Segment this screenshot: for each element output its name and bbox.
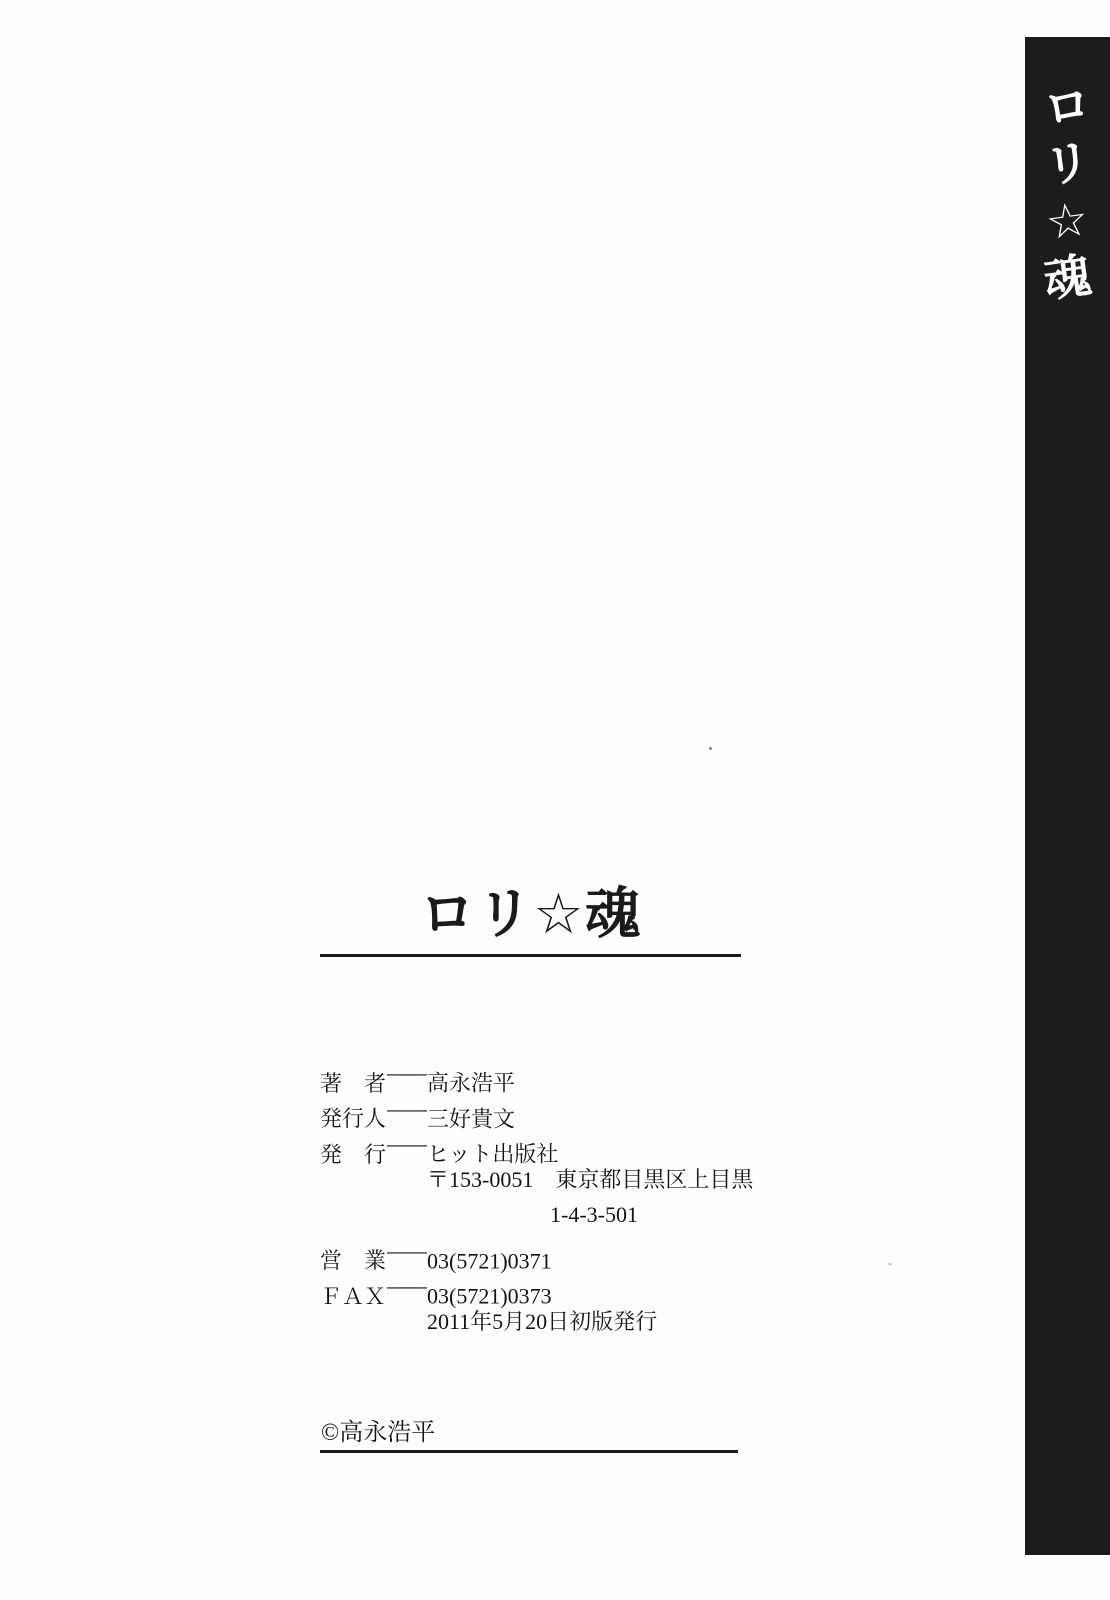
fax-row: ＦＡＸ——03(5721)0373 [320, 1268, 800, 1304]
scan-speck [709, 747, 712, 750]
dash-connector: —— [387, 1091, 427, 1127]
publication-info: 著 者——高永浩平 発行人——三好貴文 発 行——ヒット出版社 〒153-005… [320, 1055, 800, 1339]
bottom-rule [320, 1450, 738, 1453]
scan-speck [888, 1263, 892, 1265]
sales-phone-row: 営 業——03(5721)0371 [320, 1233, 800, 1269]
edition-date: 2011年5月20日初版発行 [427, 1309, 657, 1334]
publisher-address: 〒153-0051 東京都目黒区上目黒 [427, 1167, 753, 1192]
publisher-address-unit: 1-4-3-501 [550, 1202, 638, 1227]
title-underline [320, 954, 741, 957]
publisher-row: 発 行——ヒット出版社 [320, 1126, 800, 1162]
spine-title-char: リ [1041, 135, 1095, 194]
dash-connector: —— [387, 1233, 427, 1269]
dash-connector: —— [387, 1055, 427, 1091]
dash-connector: —— [387, 1126, 427, 1162]
colophon-page: ロ リ ☆ 魂 ロリ☆魂 著 者——高永浩平 発行人——三好貴文 発 行——ヒッ… [0, 0, 1110, 1600]
copyright-notice: ©高永浩平 [321, 1417, 435, 1449]
edition-row: 2011年5月20日初版発行 [320, 1304, 800, 1340]
spine-vertical-title: ロ リ ☆ 魂 [1025, 81, 1110, 305]
issuer-row: 発行人——三好貴文 [320, 1091, 800, 1127]
spine-title-char: 魂 [1041, 249, 1095, 308]
book-title: ロリ☆魂 [320, 884, 741, 946]
author-row: 著 者——高永浩平 [320, 1055, 800, 1091]
address-row: 〒153-0051 東京都目黒区上目黒 [320, 1162, 800, 1198]
address-unit-row: 1-4-3-501 [320, 1197, 800, 1233]
dash-connector: —— [387, 1268, 427, 1304]
spine-title-char: ロ [1041, 78, 1095, 137]
spine-bar: ロ リ ☆ 魂 [1025, 37, 1110, 1555]
star-icon: ☆ [1043, 192, 1092, 250]
